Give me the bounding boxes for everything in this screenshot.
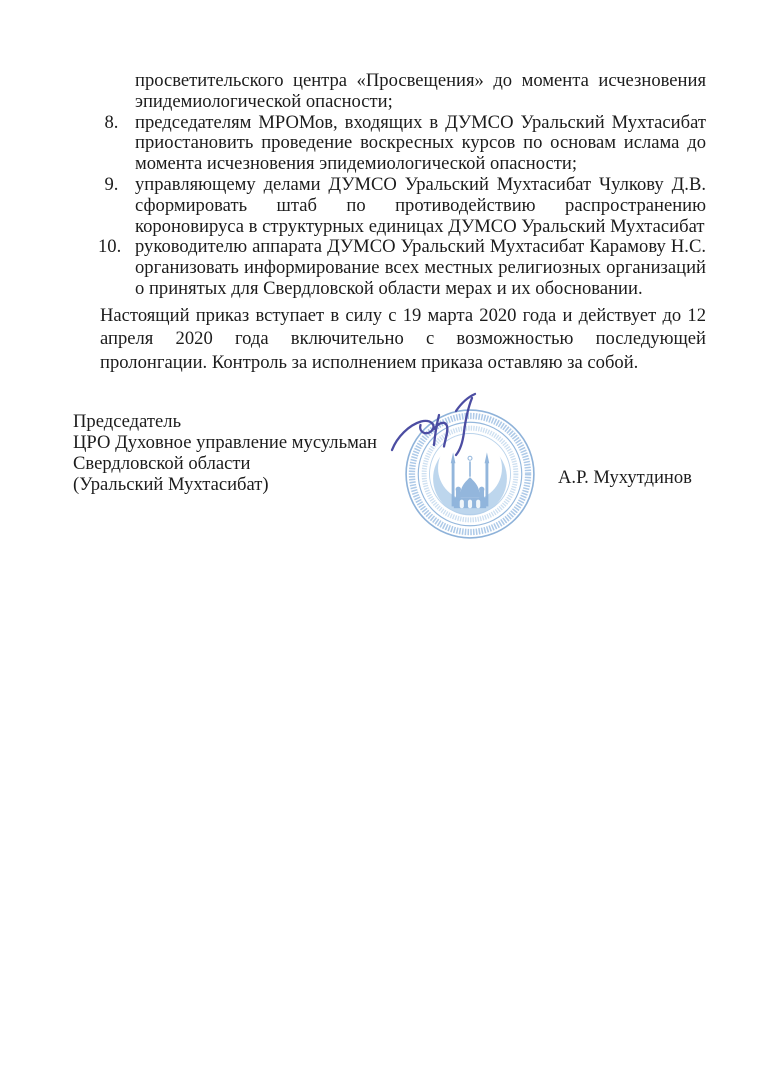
signature-block: Председатель ЦРО Духовное управление мус… (73, 411, 377, 495)
list-item: 9. управляющему делами ДУМСО Уральский М… (98, 175, 706, 237)
handwritten-signature-icon (386, 388, 496, 473)
list-item: просветительского центра «Просвещения» д… (98, 71, 706, 113)
document-page: просветительского центра «Просвещения» д… (0, 0, 760, 1075)
list-item: 8. председателям МРОМов, входящих в ДУМС… (98, 113, 706, 175)
closing-paragraph: Настоящий приказ вступает в силу с 19 ма… (100, 304, 706, 374)
list-item-text: председателям МРОМов, входящих в ДУМСО У… (135, 113, 706, 175)
list-item-number: 9. (98, 175, 135, 196)
signature-title-line: (Уральский Мухтасибат) (73, 474, 377, 495)
list-item-text: просветительского центра «Просвещения» д… (135, 71, 706, 113)
signer-name: А.Р. Мухутдинов (558, 467, 692, 488)
list-item-text: управляющему делами ДУМСО Уральский Мухт… (135, 175, 706, 237)
order-list: просветительского центра «Просвещения» д… (98, 71, 706, 300)
signature-title-line: ЦРО Духовное управление мусульман (73, 432, 377, 453)
signature-title-line: Свердловской области (73, 453, 377, 474)
list-item-number: 8. (98, 113, 135, 134)
list-item-text: руководителю аппарата ДУМСО Уральский Му… (135, 237, 706, 299)
list-item: 10. руководителю аппарата ДУМСО Уральски… (98, 237, 706, 299)
list-item-number: 10. (98, 237, 135, 258)
signature-title-line: Председатель (73, 411, 377, 432)
